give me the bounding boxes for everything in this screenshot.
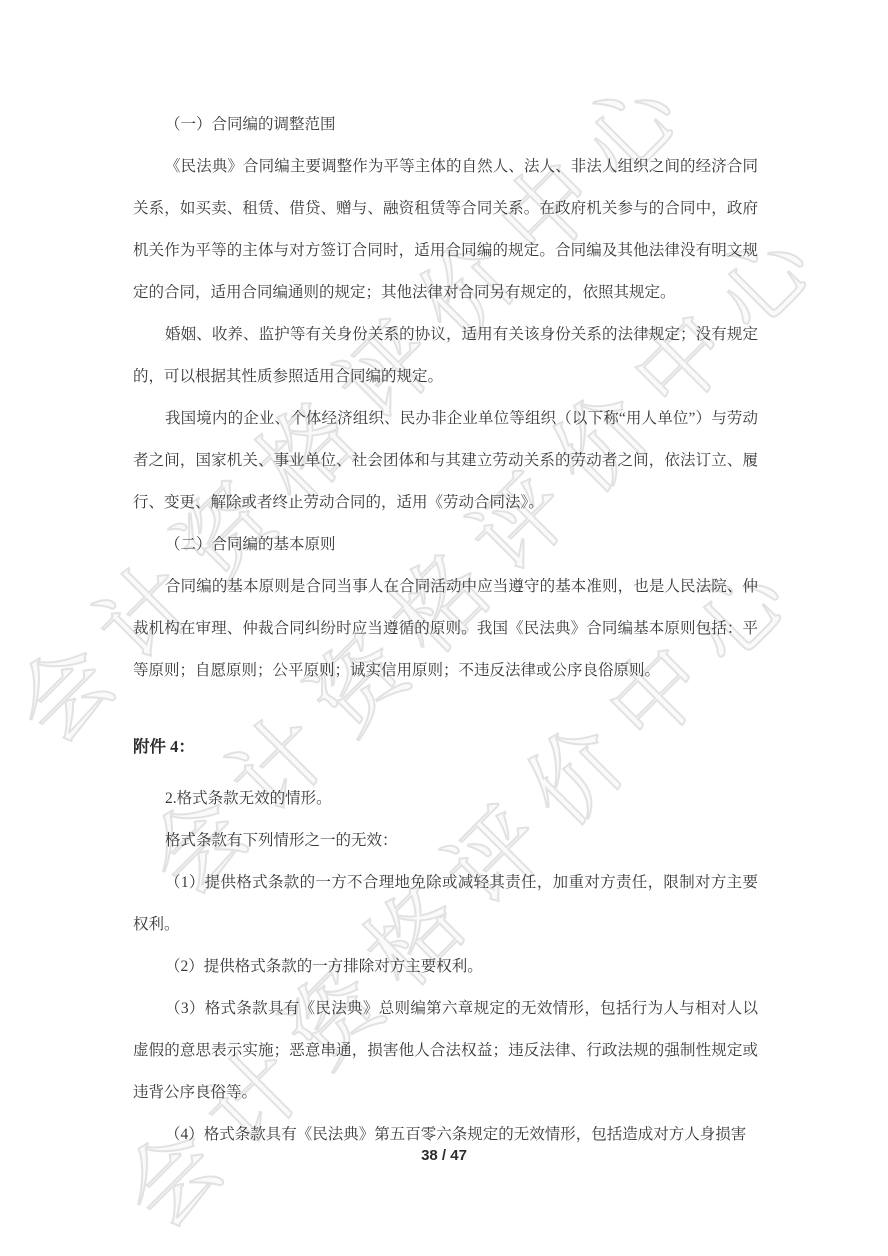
document-content: （一）合同编的调整范围《民法典》合同编主要调整作为平等主体的自然人、法人、非法人… <box>133 104 758 1156</box>
paragraph: 我国境内的企业、个体经济组织、民办非企业单位等组织（以下称“用人单位”）与劳动者… <box>133 398 758 524</box>
attachment-heading: 附件 4： <box>133 726 758 768</box>
page-number: 38 / 47 <box>0 1147 888 1164</box>
document-page: 会计资格评价中心 会计资格评价中心 会计资格评价中心 （一）合同编的调整范围《民… <box>0 0 888 1256</box>
section-heading: （一）合同编的调整范围 <box>133 104 758 146</box>
paragraph: 格式条款有下列情形之一的无效： <box>133 820 758 862</box>
paragraph: 婚姻、收养、监护等有关身份关系的协议，适用有关该身份关系的法律规定；没有规定的，… <box>133 314 758 398</box>
paragraph: （1）提供格式条款的一方不合理地免除或减轻其责任，加重对方责任，限制对方主要权利… <box>133 862 758 946</box>
paragraph: 2.格式条款无效的情形。 <box>133 778 758 820</box>
paragraph: 合同编的基本原则是合同当事人在合同活动中应当遵守的基本准则，也是人民法院、仲裁机… <box>133 566 758 692</box>
paragraph: （3）格式条款具有《民法典》总则编第六章规定的无效情形，包括行为人与相对人以虚假… <box>133 988 758 1114</box>
paragraph: （2）提供格式条款的一方排除对方主要权利。 <box>133 946 758 988</box>
paragraph: 《民法典》合同编主要调整作为平等主体的自然人、法人、非法人组织之间的经济合同关系… <box>133 146 758 314</box>
section-heading: （二）合同编的基本原则 <box>133 524 758 566</box>
